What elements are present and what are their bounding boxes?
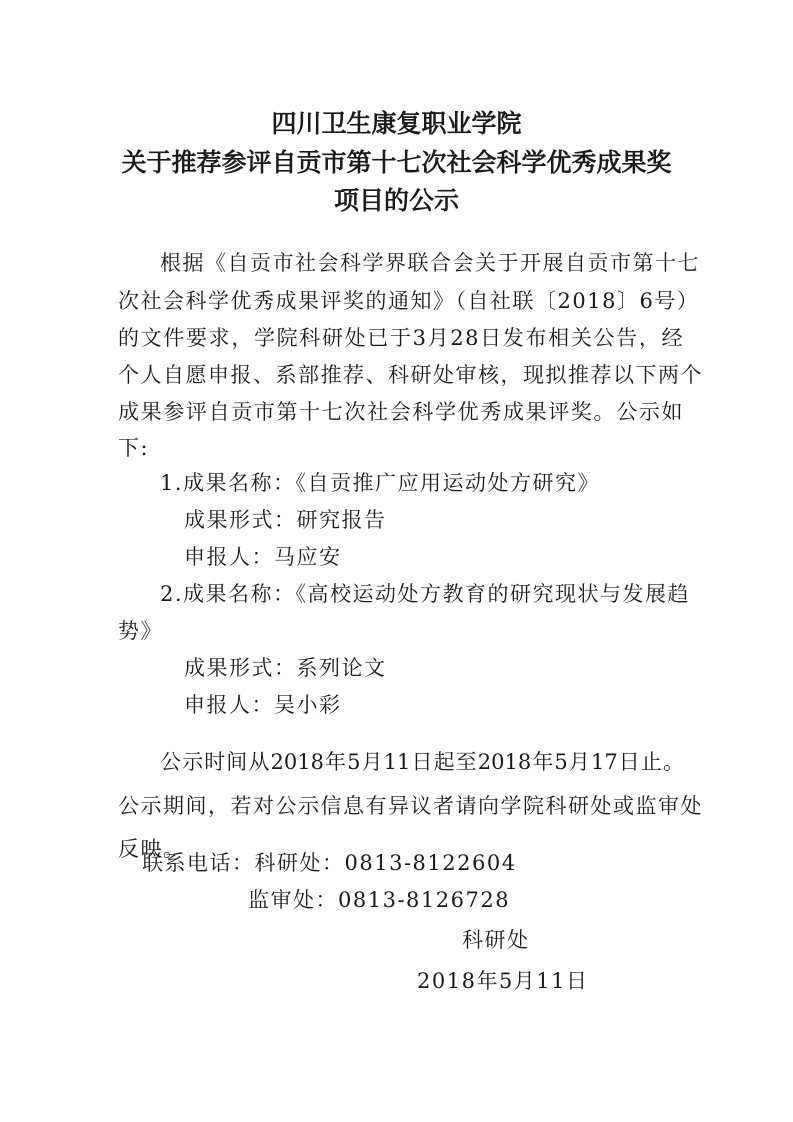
item-2-applicant: 申报人：吴小彩 — [184, 689, 342, 719]
signature-date: 2018年5月11日 — [417, 965, 589, 995]
intro-line-5: 成果参评自贡市第十七次社会科学优秀成果评奖。公示如 — [118, 396, 684, 426]
intro-line-4: 个人自愿申报、系部推荐、科研处审核，现拟推荐以下两个 — [118, 359, 684, 389]
item-2-name-continued: 势》 — [118, 615, 163, 645]
contact-research-office: 联系电话：科研处：0813-8122604 — [142, 847, 517, 877]
notice-line-2: 公示期间，若对公示信息有异议者请向学院科研处或监审处 — [118, 790, 684, 820]
item-1-form: 成果形式：研究报告 — [184, 504, 387, 534]
item-2-form: 成果形式：系列论文 — [184, 652, 387, 682]
intro-line-3: 的文件要求，学院科研处已于3月28日发布相关公告，经 — [118, 322, 684, 352]
item-1-applicant: 申报人：马应安 — [184, 541, 342, 571]
notice-line-1: 公示时间从2018年5月11日起至2018年5月17日止。 — [160, 746, 684, 776]
item-1-name: 1.成果名称：《自贡推广应用运动处方研究》 — [160, 467, 600, 497]
intro-line-2: 次社会科学优秀成果评奖的通知》（自社联〔2018〕6号） — [118, 285, 684, 315]
contact-audit-office: 监审处：0813-8126728 — [248, 884, 510, 914]
item-2-name: 2.成果名称：《高校运动处方教育的研究现状与发展趋 — [160, 578, 684, 608]
signature-office: 科研处 — [462, 924, 530, 954]
title-suffix: 项目的公示 — [0, 181, 793, 217]
title-institution: 四川卫生康复职业学院 — [0, 104, 793, 140]
document-page: 四川卫生康复职业学院 关于推荐参评自贡市第十七次社会科学优秀成果奖 项目的公示 … — [0, 0, 793, 1122]
title-subject: 关于推荐参评自贡市第十七次社会科学优秀成果奖 — [0, 143, 793, 179]
intro-line-1: 根据《自贡市社会科学界联合会关于开展自贡市第十七 — [160, 247, 684, 277]
intro-line-6: 下: — [118, 432, 149, 462]
